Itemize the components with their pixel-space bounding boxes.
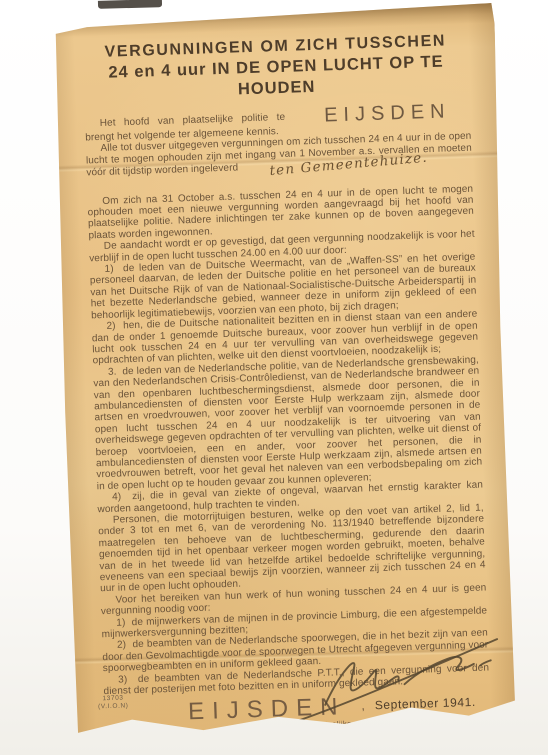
place-date-row: EIJSDEN,September 1941. [173,690,490,724]
signature-block: EIJSDEN,September 1941. Het Hoofd van de… [173,690,490,733]
photo-background: VERGUNNINGEN OM ZICH TUSSCHEN 24 en 4 uu… [0,0,548,755]
printer-imprint-name: (V.I.O.N) [98,702,129,711]
document-content: VERGUNNINGEN OM ZICH TUSSCHEN 24 en 4 uu… [51,3,518,735]
footer-date: September 1941. [375,697,476,712]
eijsden-stamp-top: EIJSDEN [309,102,451,125]
exemption-item-3: 3. de leden van de Nederlandsche politie… [93,354,483,492]
footer-comma: , [361,700,365,712]
motor-vehicles-paragraph: Personen, die motorrijtuigen besturen, w… [98,502,486,595]
eijsden-stamp-bottom: EIJSDEN [188,695,346,724]
page-title: VERGUNNINGEN OM ZICH TUSSCHEN 24 en 4 uu… [82,31,470,106]
photo-artifact-mark [98,0,162,9]
printer-imprint: 13703 (V.I.O.N) [98,694,129,710]
document-paper: VERGUNNINGEN OM ZICH TUSSCHEN 24 en 4 uu… [51,3,518,735]
